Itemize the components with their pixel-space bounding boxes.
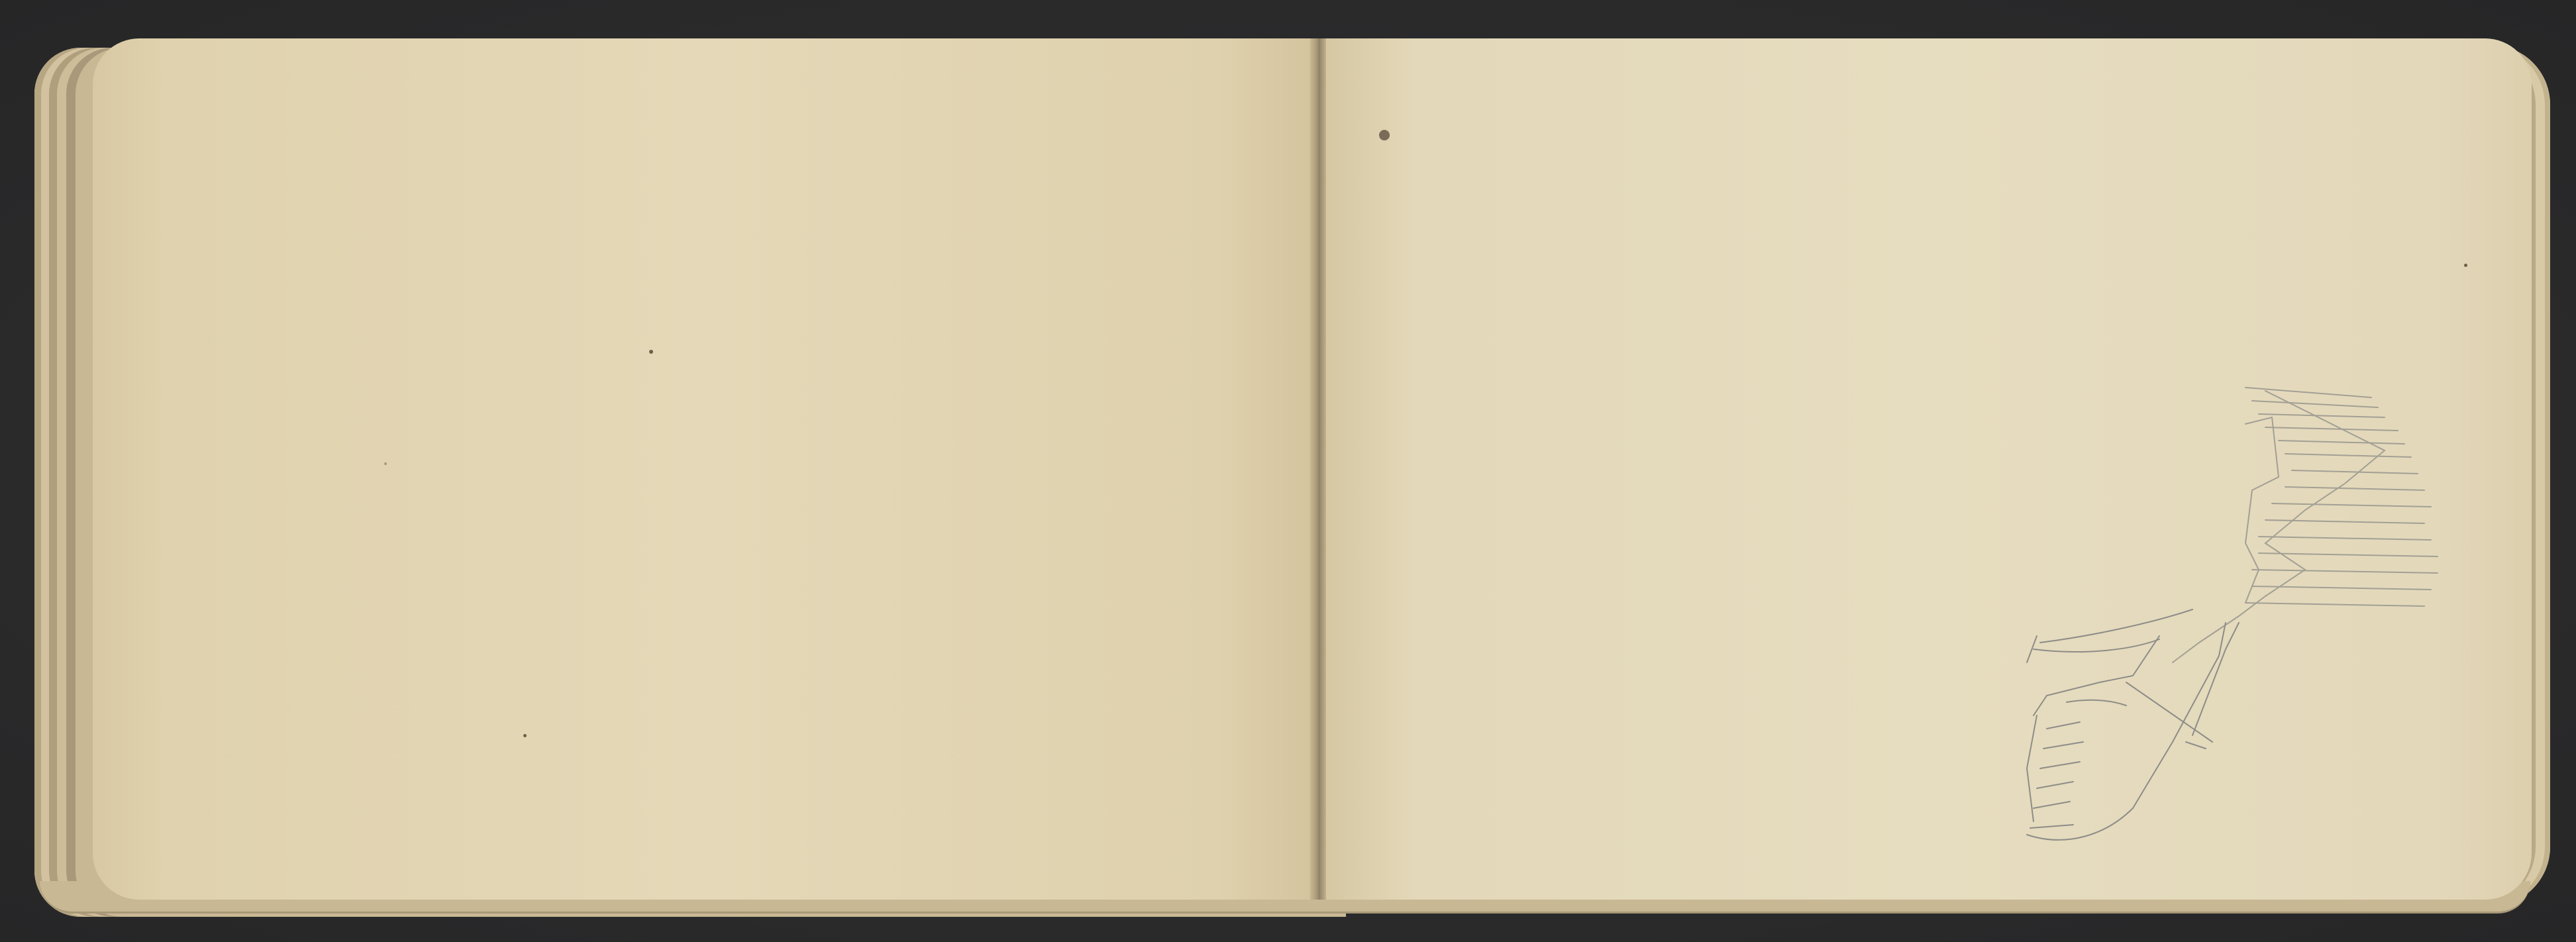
binding-gutter	[1310, 38, 1326, 900]
ink-blot	[1379, 130, 1390, 140]
pencil-sketch	[1974, 371, 2504, 888]
zigzag-hatching	[2173, 388, 2438, 662]
hand-sketch	[2027, 609, 2239, 840]
paper-speck	[2464, 264, 2467, 267]
paper-speck	[384, 462, 387, 465]
left-page	[93, 38, 1318, 900]
paper-speck	[649, 350, 653, 354]
paper-speck	[523, 734, 527, 737]
